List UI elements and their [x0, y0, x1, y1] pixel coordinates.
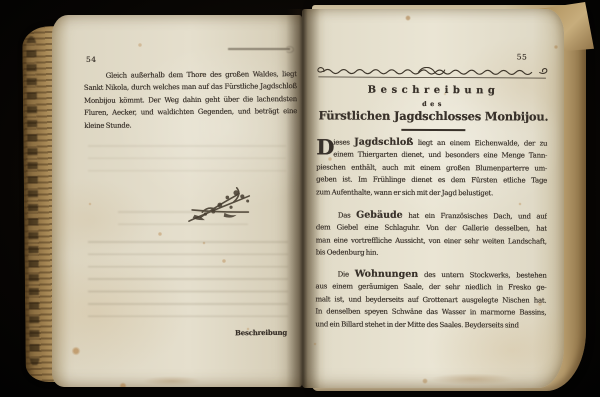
- text-segment: Das: [338, 212, 356, 220]
- text-line: Das Gebäude hat ein Französisches Dach, …: [316, 209, 547, 223]
- text-line: kleine Stunde.: [84, 118, 297, 132]
- text-line: dem Giebel eine Schlaguhr. Von der Galle…: [316, 222, 547, 236]
- paragraph-3: Die Wohnungen des untern Stockwerks, bes…: [315, 268, 546, 331]
- page-number-right: 55: [517, 52, 528, 61]
- floral-vignette-icon: [178, 180, 261, 233]
- text-line: Die Wohnungen des untern Stockwerks, bes…: [316, 268, 547, 282]
- text-line: und ein Billard stehet in der Mitte des …: [315, 318, 546, 332]
- text-segment: liegt an einem Eichenwalde, der zu: [413, 139, 547, 148]
- text-segment: des untern Stockwerks, bestehen: [418, 271, 546, 280]
- right-page-content: 55 Beschreibung des Fürstlichen Jagdschl…: [302, 9, 564, 388]
- show-through-text-block: [88, 241, 288, 319]
- text-segment: ieses: [333, 138, 354, 146]
- text-line: man eine vortreffliche Aussicht, von ein…: [316, 234, 547, 248]
- drop-cap: D: [316, 136, 331, 160]
- text-line: aus einem geräumigen Saale, der sehr nie…: [316, 281, 547, 295]
- chapter-heading: Beschreibung: [303, 84, 564, 96]
- catchword: Beschreibung: [235, 328, 287, 337]
- emphasized-word: Jagdschloß: [354, 137, 413, 148]
- text-line: malt ist, und beyderseits auf Grottenart…: [315, 293, 546, 307]
- text-line: Fluren, Aecker, und waldichten Gegenden,…: [84, 105, 297, 119]
- emphasized-word: Gebäude: [356, 210, 403, 221]
- emphasized-word: Wohnungen: [355, 269, 419, 280]
- show-through-text-upper: [88, 145, 286, 173]
- chapter-heading-des: des: [302, 99, 564, 108]
- paragraph-1: D ieses Jagdschloß liegt an einem Eichen…: [316, 136, 547, 199]
- title-rule: [401, 129, 465, 131]
- book-photo-scene: 54 Gleich außerhalb dem Thore des großen…: [0, 0, 600, 397]
- ornamental-rule-icon: [315, 64, 551, 78]
- text-line: einem Thiergarten dienet, und besonders …: [333, 149, 547, 163]
- text-line: zum Aufenthalte, wann er sich mit der Ja…: [316, 186, 547, 200]
- paragraph-2: Das Gebäude hat ein Französisches Dach, …: [316, 209, 547, 260]
- left-page-paragraph: Gleich außerhalb dem Thore des großen Wa…: [84, 68, 298, 132]
- text-line: pieschen enthält, auch mit einem großen …: [316, 161, 547, 175]
- text-segment: hat ein Französisches Dach, und auf: [403, 212, 547, 221]
- chapter-title: Fürstlichen Jagdschlosses Monbijou.: [302, 108, 564, 123]
- text-line: bis Oedenburg hin.: [316, 247, 547, 261]
- page-number-left: 54: [86, 55, 97, 64]
- show-through-rule: [228, 48, 290, 50]
- text-line: ieses Jagdschloß liegt an einem Eichenwa…: [333, 136, 547, 150]
- right-page: 55 Beschreibung des Fürstlichen Jagdschl…: [302, 9, 564, 388]
- text-line: geben ist. Im Frühlinge dienet es dem Fü…: [316, 174, 547, 188]
- text-segment: Die: [338, 271, 355, 279]
- text-line: In denselben speyen Schwäne das Wasser i…: [315, 306, 546, 320]
- left-page: 54 Gleich außerhalb dem Thore des großen…: [52, 15, 302, 387]
